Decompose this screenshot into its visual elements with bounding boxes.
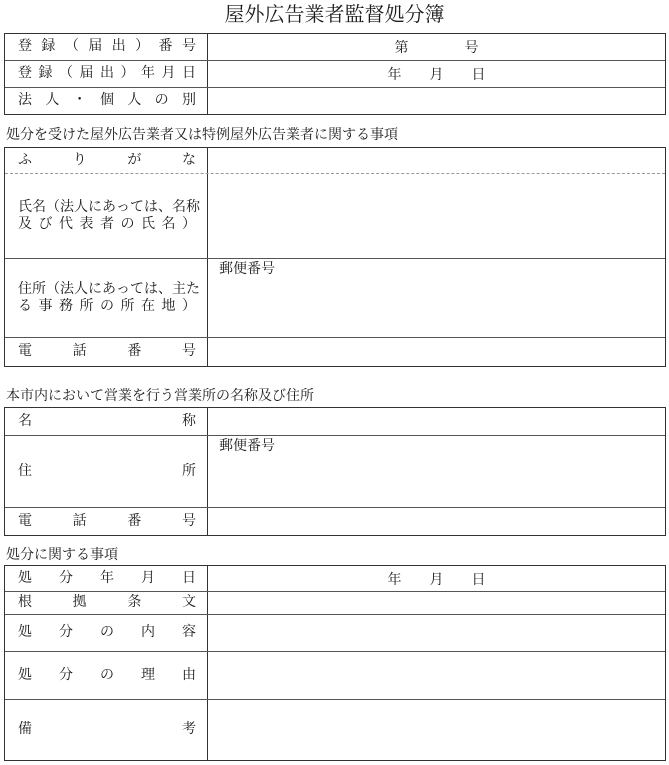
row-label-cell: 電話番号 [5,338,208,366]
name-label-line2: 及び代表者の氏名） [18,216,196,234]
row-label-cell: 電話番号 [5,508,208,535]
postal-code-label: 郵便番号 [219,262,275,278]
table-row: 法人・個人の別 [5,88,665,114]
table-row: 処分の理由 [5,652,665,700]
disposition-date-label: 処分年月日 [18,570,196,588]
table-row: 処分年月日 年 月 日 [5,566,665,592]
disposition-date-value-cell: 年 月 日 [208,566,665,591]
table-row: 住所 郵便番号 [5,436,665,508]
row-label-cell: 住所 [5,436,208,507]
office-phone-label: 電話番号 [18,513,196,531]
disposition-content-value-cell [208,615,665,651]
address-value-cell: 郵便番号 [208,259,665,337]
office-table: 名称 住所 郵便番号 電話番号 [4,407,666,536]
registration-table: 登録（届出）番号 第 号 登録（届出）年月日 年 月 日 法人・個人の別 [4,33,666,115]
phone-value-cell [208,338,665,366]
legal-basis-label: 根拠条文 [18,594,196,612]
table-row: 登録（届出）年月日 年 月 日 [5,61,665,88]
document-page: 屋外広告業者監督処分簿 登録（届出）番号 第 号 登録（届出）年月日 年 月 日… [0,0,669,765]
table-row: 電話番号 [5,338,665,366]
registration-number-value: 第 号 [395,37,479,57]
address-label-line1: 住所（法人にあっては、主た [18,281,196,299]
name-value-cell [208,174,665,258]
table-row: 氏名（法人にあっては、名称 及び代表者の氏名） [5,174,665,259]
entity-type-value-cell [208,88,665,114]
phone-label: 電話番号 [18,343,196,361]
row-label-cell: 住所（法人にあっては、主た る事務所の所在地） [5,259,208,337]
furigana-value-cell [208,148,665,173]
row-label-cell: 法人・個人の別 [5,88,208,114]
row-label-cell: ふりがな [5,148,208,173]
registration-number-label: 登録（届出）番号 [18,38,196,56]
advertiser-section-heading: 処分を受けた屋外広告業者又は特例屋外広告業者に関する事項 [6,127,398,144]
row-label-cell: 名称 [5,408,208,435]
office-phone-value-cell [208,508,665,535]
office-section-heading: 本市内において営業を行う営業所の名称及び住所 [6,388,314,405]
furigana-label: ふりがな [18,152,196,170]
table-row: ふりがな [5,148,665,174]
registration-date-value-cell: 年 月 日 [208,61,665,87]
remarks-label: 備考 [18,721,196,739]
disposition-section-heading: 処分に関する事項 [6,547,118,564]
table-row: 住所（法人にあっては、主た る事務所の所在地） 郵便番号 [5,259,665,338]
registration-date-label: 登録（届出）年月日 [18,65,196,83]
entity-type-label: 法人・個人の別 [18,92,196,110]
disposition-reason-value-cell [208,652,665,699]
row-label-cell: 備考 [5,700,208,760]
row-label-cell: 処分の内容 [5,615,208,651]
table-row: 名称 [5,408,665,436]
remarks-value-cell [208,700,665,760]
disposition-content-label: 処分の内容 [18,624,196,642]
row-label-cell: 根拠条文 [5,592,208,614]
advertiser-table: ふりがな 氏名（法人にあっては、名称 及び代表者の氏名） 住所（法人にあっては、… [4,147,666,367]
row-label-cell: 登録（届出）年月日 [5,61,208,87]
disposition-date-value: 年 月 日 [388,569,486,589]
registration-date-value: 年 月 日 [388,64,486,84]
table-row: 処分の内容 [5,615,665,652]
row-label-cell: 処分年月日 [5,566,208,591]
document-title: 屋外広告業者監督処分簿 [0,2,669,28]
table-row: 備考 [5,700,665,760]
table-row: 登録（届出）番号 第 号 [5,34,665,61]
table-row: 根拠条文 [5,592,665,615]
name-label-line1: 氏名（法人にあっては、名称 [18,199,196,217]
address-label-line2: る事務所の所在地） [18,298,196,316]
office-address-label: 住所 [18,463,196,481]
office-address-value-cell: 郵便番号 [208,436,665,507]
table-row: 電話番号 [5,508,665,535]
legal-basis-value-cell [208,592,665,614]
disposition-reason-label: 処分の理由 [18,667,196,685]
row-label-cell: 登録（届出）番号 [5,34,208,60]
office-name-label: 名称 [18,413,196,431]
office-name-value-cell [208,408,665,435]
registration-number-value-cell: 第 号 [208,34,665,60]
row-label-cell: 氏名（法人にあっては、名称 及び代表者の氏名） [5,174,208,258]
postal-code-label: 郵便番号 [219,439,275,455]
row-label-cell: 処分の理由 [5,652,208,699]
disposition-table: 処分年月日 年 月 日 根拠条文 処分の内容 処分の理由 [4,565,666,761]
